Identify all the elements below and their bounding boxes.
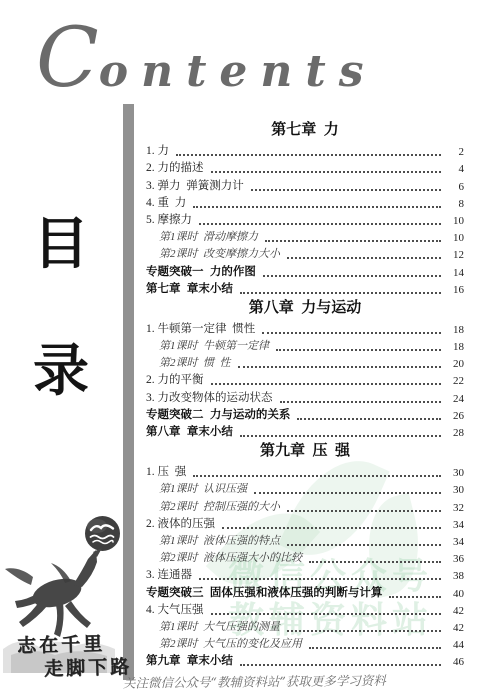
toc-item: 第七章 章末小结16 [146,280,464,297]
toc-item: 第1课时 液体压强的特点34 [146,532,464,549]
toc-item: 第九章 章末小结46 [146,652,464,669]
toc-item: 3. 力改变物体的运动状态24 [146,388,464,405]
dot-leader [193,475,441,477]
toc-item: 第2课时 控制压强的大小32 [146,497,464,514]
toc-item-page: 10 [446,214,464,228]
toc-item-label: 第2课时 控制压强的大小 [159,500,280,515]
toc-item-page: 30 [446,466,464,480]
dot-leader [199,578,441,580]
toc-item-label: 第1课时 认识压强 [159,482,247,497]
toc-item-page: 42 [446,621,464,635]
toc-item-label: 3. 连通器 [146,568,192,583]
toc-item-label: 专题突破一 力的作图 [146,265,256,280]
dot-leader [240,435,441,437]
vertical-divider [123,104,134,680]
toc-item-page: 18 [446,340,464,354]
toc-item-label: 3. 弹力 弹簧测力计 [146,179,244,194]
dot-leader [309,561,441,563]
toc-item-page: 24 [446,392,464,406]
toc-item: 第2课时 大气压的变化及应用44 [146,635,464,652]
toc-item: 1. 牛顿第一定律 惯性18 [146,320,464,337]
sidebar-title-char-lu: 录 [0,344,122,400]
toc-item: 专题突破二 力与运动的关系26 [146,406,464,423]
toc-item: 第1课时 大气压强的测量42 [146,618,464,635]
dot-leader [297,418,441,420]
toc-item: 1. 压 强30 [146,463,464,480]
toc-item-page: 34 [446,535,464,549]
toc-item-label: 第九章 章末小结 [146,654,233,669]
toc-item-page: 38 [446,569,464,583]
toc-item-label: 第2课时 液体压强大小的比较 [159,551,302,566]
toc-item: 5. 摩擦力10 [146,211,464,228]
toc-item-label: 1. 牛顿第一定律 惯性 [146,322,255,337]
toc-item-label: 专题突破二 力与运动的关系 [146,408,290,423]
toc-item: 第2课时 改变摩擦力大小12 [146,245,464,262]
toc-item-page: 16 [446,283,464,297]
toc-page: 微信公众号 教辅资料站 Contents 目 录 [0,0,480,691]
toc-item: 第1课时 认识压强30 [146,480,464,497]
page-title: Contents [36,18,377,100]
toc-item-label: 第1课时 牛顿第一定律 [159,339,269,354]
toc-item: 2. 液体的压强34 [146,515,464,532]
toc-item-label: 3. 力改变物体的运动状态 [146,391,273,406]
dot-leader [262,332,441,334]
dot-leader [211,613,442,615]
toc-item-label: 4. 重 力 [146,196,186,211]
toc-item-page: 44 [446,638,464,652]
toc-item-label: 2. 力的描述 [146,161,204,176]
toc-item-page: 14 [446,266,464,280]
toc-item-page: 34 [446,518,464,532]
toc-item: 4. 大气压强42 [146,601,464,618]
sidebar-title-char-mu: 目 [0,217,122,273]
dot-leader [287,544,441,546]
toc-item: 3. 弹力 弹簧测力计6 [146,176,464,193]
toc-list: 第七章 力1. 力22. 力的描述43. 弹力 弹簧测力计64. 重 力85. … [146,119,464,669]
toc-item-label: 2. 力的平衡 [146,373,204,388]
chapter-heading: 第九章 压 强 [146,440,464,463]
toc-item-label: 第1课时 液体压强的特点 [159,534,280,549]
toc-item: 第1课时 牛顿第一定律18 [146,337,464,354]
toc-item-page: 46 [446,655,464,669]
toc-item-page: 40 [446,587,464,601]
toc-item: 2. 力的平衡22 [146,371,464,388]
dot-leader [176,154,441,156]
toc-item-page: 36 [446,552,464,566]
dot-leader [193,206,441,208]
toc-item: 第1课时 滑动摩擦力10 [146,228,464,245]
bottom-watermark-text: 关注微信公众号“教辅资料站”获取更多学习资料 [123,670,423,691]
dot-leader [309,647,441,649]
title-initial-letter: C [36,18,99,100]
toc-item-page: 42 [446,604,464,618]
toc-item-label: 第2课时 改变摩擦力大小 [159,247,280,262]
dot-leader [240,292,441,294]
toc-item-label: 第1课时 大气压强的测量 [159,620,280,635]
dot-leader [222,527,441,529]
toc-item: 1. 力2 [146,142,464,159]
toc-item-label: 第2课时 惯 性 [159,356,231,371]
toc-item-label: 1. 力 [146,144,169,159]
toc-item-page: 22 [446,374,464,388]
toc-item-page: 28 [446,426,464,440]
dot-leader [287,257,441,259]
dot-leader [240,664,441,666]
dot-leader [287,630,441,632]
toc-item-page: 32 [446,501,464,515]
toc-item-page: 30 [446,483,464,497]
dot-leader [276,349,441,351]
dot-leader [280,401,442,403]
dot-leader [199,223,441,225]
toc-item-page: 26 [446,409,464,423]
toc-item: 专题突破一 力的作图14 [146,262,464,279]
toc-item: 2. 力的描述4 [146,159,464,176]
toc-item-label: 第1课时 滑动摩擦力 [159,230,258,245]
toc-item-label: 4. 大气压强 [146,603,204,618]
chapter-heading: 第八章 力与运动 [146,297,464,320]
toc-item-page: 20 [446,357,464,371]
toc-item-page: 2 [446,145,464,159]
dot-leader [211,383,442,385]
toc-item-label: 5. 摩擦力 [146,213,192,228]
toc-item: 4. 重 力8 [146,194,464,211]
toc-item-page: 6 [446,180,464,194]
dot-leader [251,189,441,191]
dot-leader [263,275,441,277]
toc-item: 第八章 章末小结28 [146,423,464,440]
dot-leader [265,240,441,242]
motto-line-2: 走脚下路 [44,652,133,681]
chapter-heading: 第七章 力 [146,119,464,142]
toc-item: 专题突破三 固体压强和液体压强的判断与计算40 [146,583,464,600]
dot-leader [238,366,442,368]
dot-leader [389,596,441,598]
toc-item-label: 第2课时 大气压的变化及应用 [159,637,302,652]
toc-item: 3. 连通器38 [146,566,464,583]
toc-item: 第2课时 惯 性20 [146,354,464,371]
toc-item-label: 第八章 章末小结 [146,425,233,440]
toc-item-label: 1. 压 强 [146,465,186,480]
toc-item-label: 2. 液体的压强 [146,517,215,532]
title-rest: ontents [99,46,377,97]
toc-item-page: 4 [446,162,464,176]
dot-leader [287,510,441,512]
toc-item-page: 8 [446,197,464,211]
dot-leader [254,492,441,494]
toc-item: 第2课时 液体压强大小的比较36 [146,549,464,566]
toc-item-page: 12 [446,248,464,262]
toc-item-label: 第七章 章末小结 [146,282,233,297]
toc-item-page: 18 [446,323,464,337]
toc-item-page: 10 [446,231,464,245]
toc-item-label: 专题突破三 固体压强和液体压强的判断与计算 [146,586,382,601]
dot-leader [211,171,442,173]
